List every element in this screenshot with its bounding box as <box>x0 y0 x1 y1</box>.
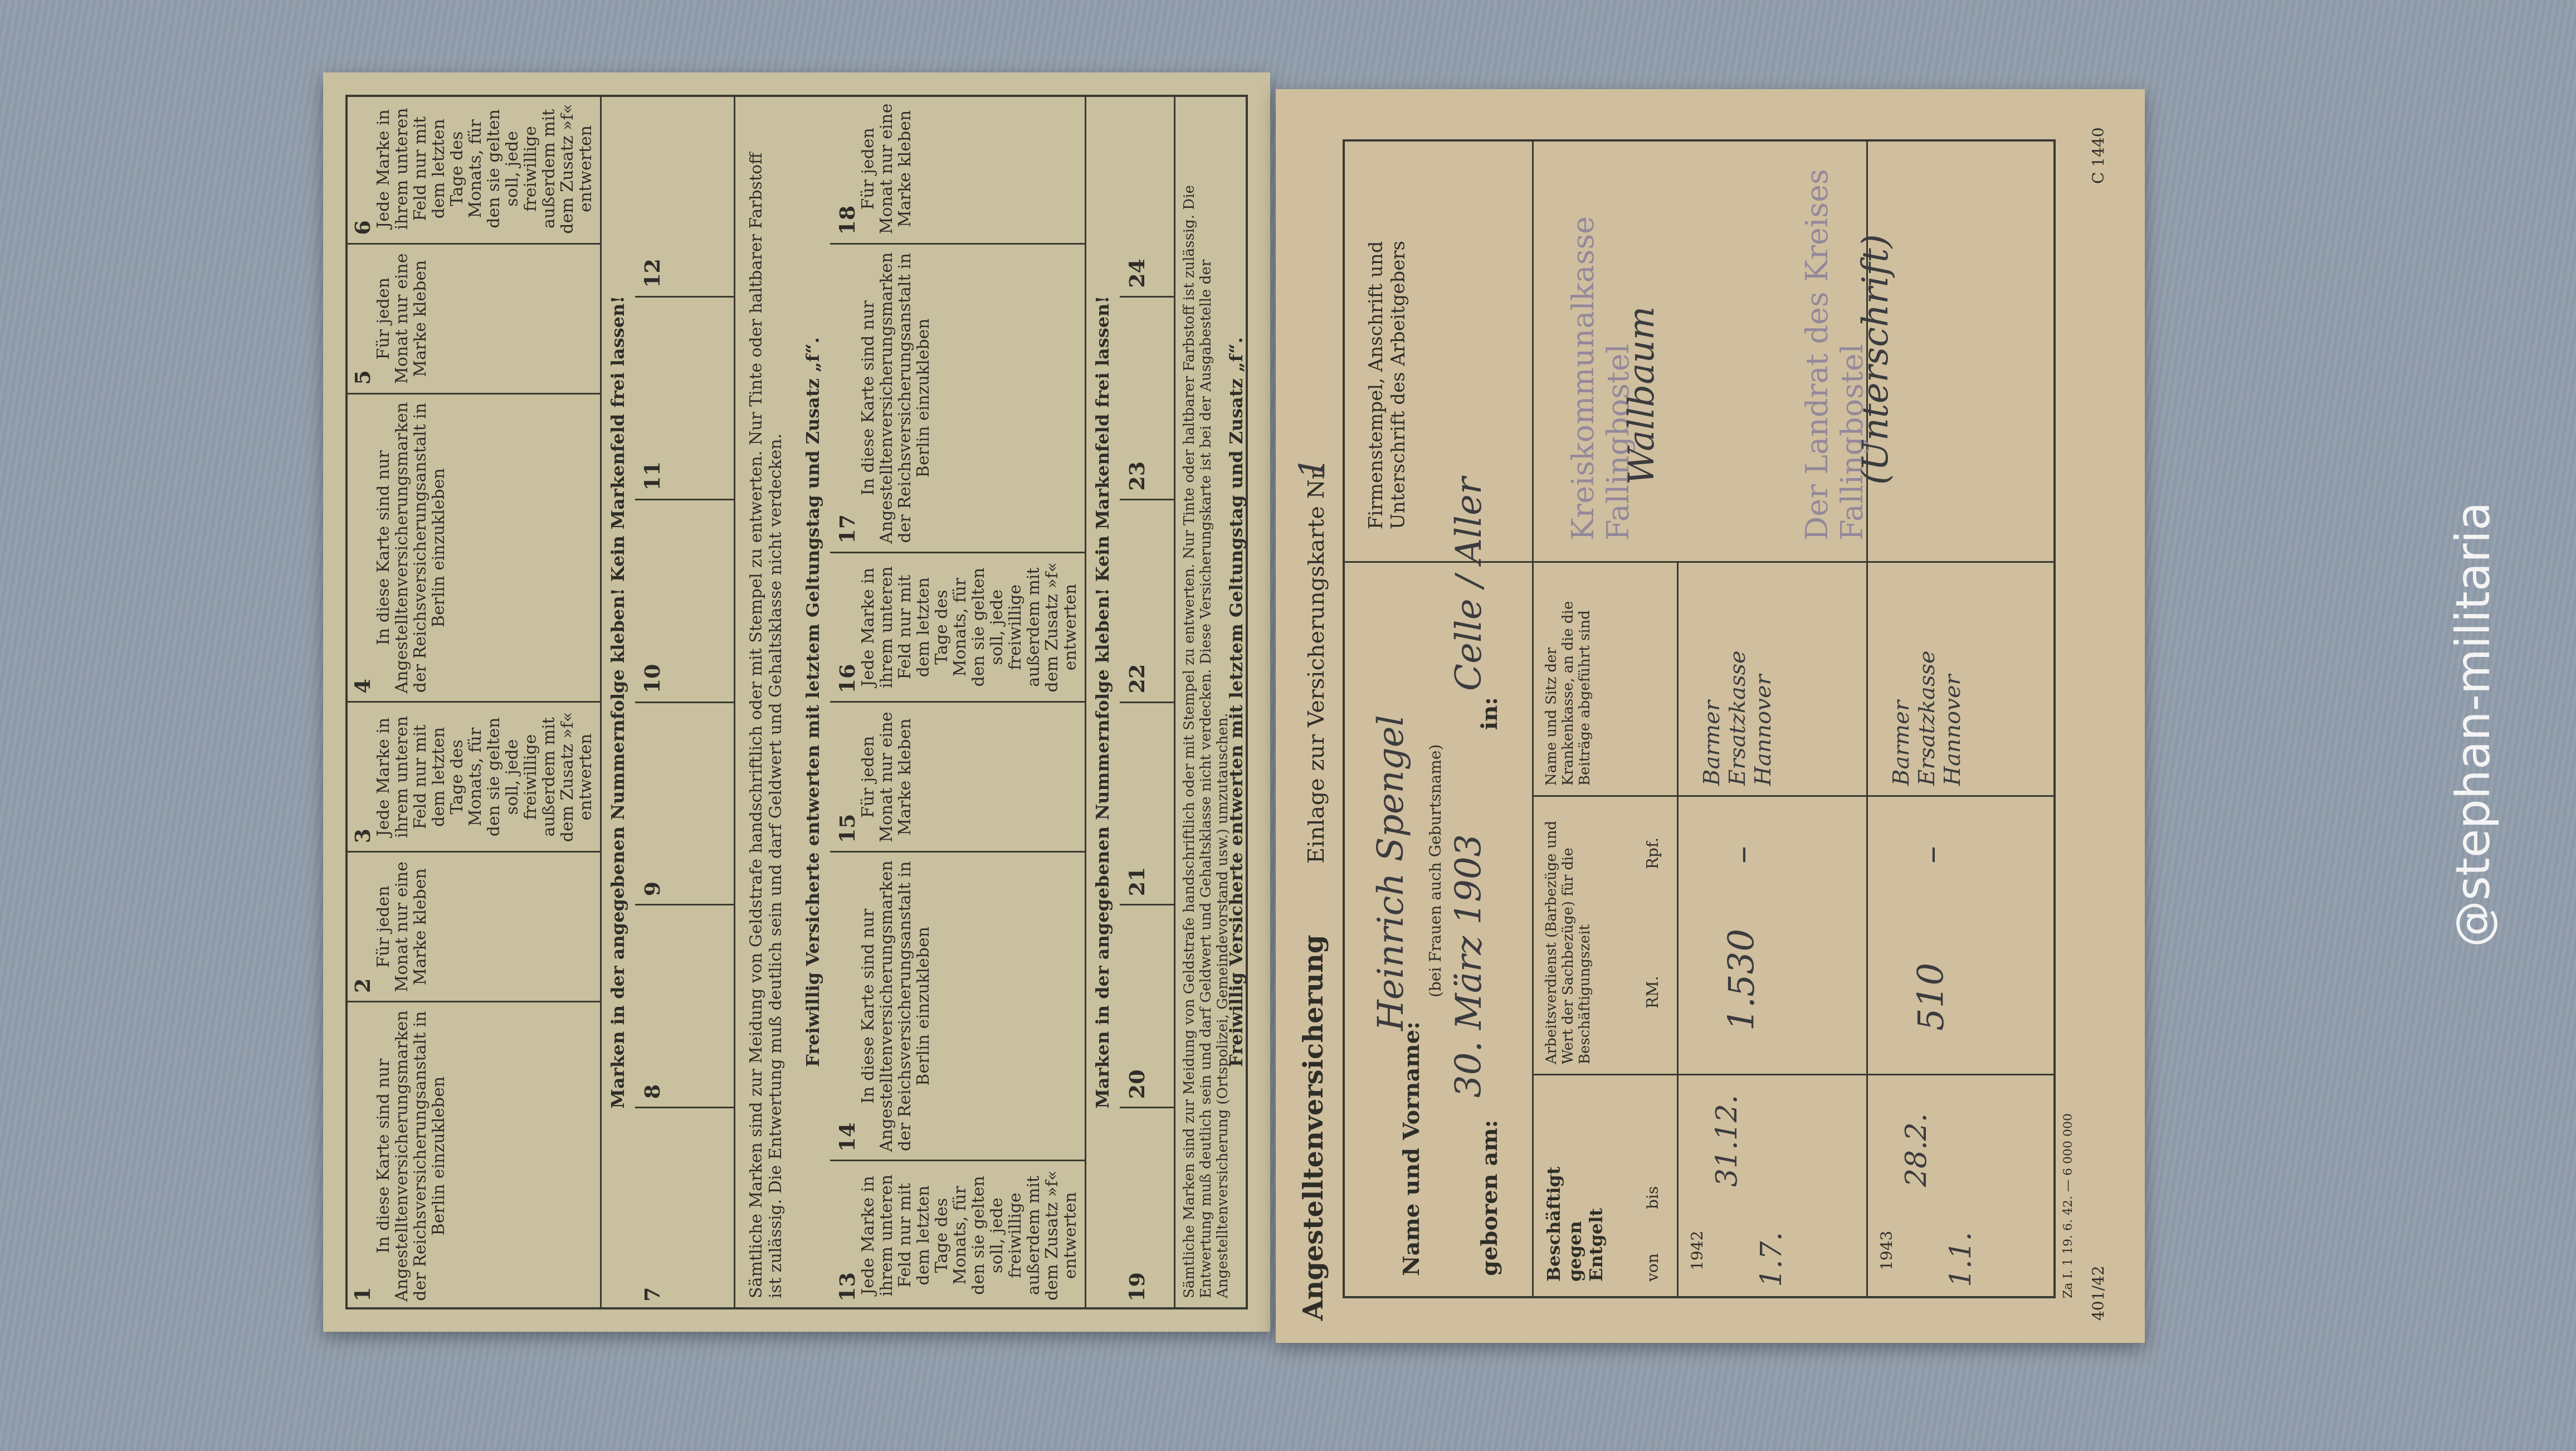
stamp-field: 1In diese Karte sind nur Angestelltenver… <box>345 1001 600 1309</box>
stamp-field: 4In diese Karte sind nur Angestelltenver… <box>345 393 600 702</box>
field-instruction: Für jeden Monat nur eine Marke kleben <box>374 861 430 992</box>
field-instruction: In diese Karte sind nur Angestelltenvers… <box>858 252 933 544</box>
band-1: Marken in der angegebenen Nummernfolge k… <box>607 95 628 1309</box>
entry-rpf: – <box>1721 846 1763 864</box>
band-3: Marken in der angegebenen Nummernfolge k… <box>1092 95 1113 1309</box>
entry-to: 31.12. <box>1710 1095 1744 1187</box>
notice-1: Sämtliche Marken sind zur Meidung von Ge… <box>747 132 786 1298</box>
stamp-field: 5Für jeden Monat nur eine Marke kleben <box>345 243 600 393</box>
col-kasse: Name und Sitz der Krankenkasse, an die d… <box>1543 585 1593 786</box>
entry-to: 28.2. <box>1900 1113 1933 1187</box>
stamp-field: 22 <box>1120 499 1174 702</box>
field-number: 20 <box>1125 913 1149 1099</box>
employer-signature: (Unterschrift) <box>1855 234 1896 485</box>
field-instruction: Für jeden Monat nur eine Marke kleben <box>374 253 430 384</box>
stamp-field: 11 <box>635 296 734 499</box>
field-number: 5 <box>351 252 374 385</box>
field-number: 7 <box>641 1116 664 1302</box>
col-employed: Beschäftigt gegen Entgelt <box>1543 1170 1607 1282</box>
band-2: Freiwillig Versicherte entwerten mit let… <box>802 95 823 1309</box>
field-number: 15 <box>836 710 859 843</box>
stamp-field: 15Für jeden Monat nur eine Marke kleben <box>830 701 1085 851</box>
col-rpf: Rpf. <box>1643 838 1662 869</box>
field-instruction: Jede Marke in ihrem unteren Feld nur mit… <box>374 104 596 234</box>
stamp-field: 7 <box>635 1107 734 1309</box>
stamp-field: 21 <box>1120 702 1174 904</box>
form-code: C 1440 <box>2089 127 2107 184</box>
stamp-field: 24 <box>1120 95 1174 296</box>
name-label: Name und Vorname: <box>1398 1021 1424 1276</box>
field-number: 2 <box>351 860 374 993</box>
field-instruction: In diese Karte sind nur Angestelltenvers… <box>374 402 448 694</box>
field-instruction: Jede Marke in ihrem unteren Feld nur mit… <box>858 562 1080 693</box>
col-rm: RM. <box>1643 976 1662 1009</box>
stamp-field: 3Jede Marke in ihrem unteren Feld nur mi… <box>345 701 600 851</box>
stamp-field: 16Jede Marke in ihrem unteren Feld nur m… <box>830 552 1085 702</box>
field-number: 21 <box>1125 711 1149 897</box>
col-to: bis <box>1643 1186 1662 1209</box>
field-number: 10 <box>641 508 664 694</box>
right-page: Angestelltenversicherung Einlage zur Ver… <box>1276 89 2145 1343</box>
field-number: 1 <box>351 1010 374 1302</box>
field-instruction: Jede Marke in ihrem unteren Feld nur mit… <box>374 712 596 843</box>
entry-year: 1942 <box>1688 1231 1706 1270</box>
field-number: 16 <box>836 561 859 694</box>
entry-year: 1943 <box>1877 1231 1896 1270</box>
field-instruction: Jede Marke in ihrem unteren Feld nur mit… <box>858 1170 1080 1301</box>
col-from: von <box>1643 1253 1662 1282</box>
notice-2: Sämtliche Marken sind zur Meidung von Ge… <box>1181 132 1231 1298</box>
field-number: 11 <box>641 305 664 491</box>
stamp-field: 2Für jeden Monat nur eine Marke kleben <box>345 851 600 1001</box>
entry-rm: 510 <box>1911 963 1952 1031</box>
stamp-field: 8 <box>635 904 734 1107</box>
field-number: 24 <box>1125 103 1149 288</box>
entry-kasse: Barmer Ersatzkasse Hannover <box>1889 574 1965 786</box>
field-number: 14 <box>836 860 859 1152</box>
field-number: 17 <box>836 252 859 544</box>
field-instruction: Für jeden Monat nur eine Marke kleben <box>858 712 915 843</box>
stamp-field: 12 <box>635 95 734 296</box>
stamp-field: 20 <box>1120 904 1174 1107</box>
stamp-field: 18Für jeden Monat nur eine Marke kleben <box>830 95 1085 243</box>
field-number: 8 <box>641 913 664 1099</box>
form-title: Angestelltenversicherung <box>1298 935 1329 1321</box>
stamp-field: 9 <box>635 702 734 904</box>
entry-rpf: – <box>1911 846 1952 864</box>
field-number: 18 <box>836 103 859 235</box>
field-number: 22 <box>1125 508 1149 694</box>
entry-rm: 1.530 <box>1721 929 1763 1031</box>
stamp-field: 6Jede Marke in ihrem unteren Feld nur mi… <box>345 95 600 243</box>
stamp-field: 23 <box>1120 296 1174 499</box>
field-number: 12 <box>641 103 664 288</box>
birth-place: Celle / Aller <box>1448 477 1490 691</box>
employer-signature: Wallbaum <box>1621 306 1662 485</box>
stamp-field: 17In diese Karte sind nur Angestelltenve… <box>830 243 1085 552</box>
field-number: 9 <box>641 711 664 897</box>
field-number: 3 <box>351 710 374 843</box>
col-employer: Firmenstempel, Anschrift und Unterschrif… <box>1365 217 1409 529</box>
band-4: Freiwillig Versicherte entwerten mit let… <box>1226 95 1247 1309</box>
left-page: 1In diese Karte sind nur Angestelltenver… <box>323 72 1270 1332</box>
stamp-field: 10 <box>635 499 734 702</box>
field-number: 4 <box>351 402 374 694</box>
birth-value: 30. März 1903 <box>1448 834 1490 1098</box>
print-code: 401/42 <box>2089 1265 2107 1321</box>
name-hint: (bei Frauen auch Geburtsname) <box>1426 744 1445 997</box>
col-earnings: Arbeitsverdienst (Barbezüge und Wert der… <box>1543 819 1593 1064</box>
stamp-field: 14In diese Karte sind nur Angestelltenve… <box>830 851 1085 1160</box>
in-label: in: <box>1476 697 1502 730</box>
stamp-field: 13Jede Marke in ihrem unteren Feld nur m… <box>830 1160 1085 1309</box>
insert-label: Einlage zur Versicherungskarte Nr. <box>1304 464 1329 864</box>
birth-label: geboren am: <box>1476 1119 1502 1276</box>
field-instruction: Für jeden Monat nur eine Marke kleben <box>858 104 915 235</box>
insert-number: 1 <box>1292 456 1334 479</box>
entry-from: 1.1. <box>1944 1232 1978 1287</box>
field-number: 13 <box>836 1169 859 1302</box>
footer-code: Za I. 1 19. 6. 42. — 6 000 000 <box>2061 1113 2075 1298</box>
field-number: 23 <box>1125 305 1149 491</box>
field-number: 6 <box>351 103 374 235</box>
field-instruction: In diese Karte sind nur Angestelltenvers… <box>374 1010 448 1302</box>
entry-kasse: Barmer Ersatzkasse Hannover <box>1699 574 1776 786</box>
entry-from: 1.7. <box>1755 1232 1788 1287</box>
name-value: Heinrich Spengel <box>1370 715 1412 1031</box>
field-instruction: In diese Karte sind nur Angestelltenvers… <box>858 860 933 1152</box>
watermark: @stephan-militaria <box>2446 501 2500 947</box>
field-number: 19 <box>1125 1116 1149 1302</box>
stamp-field: 19 <box>1120 1107 1174 1309</box>
